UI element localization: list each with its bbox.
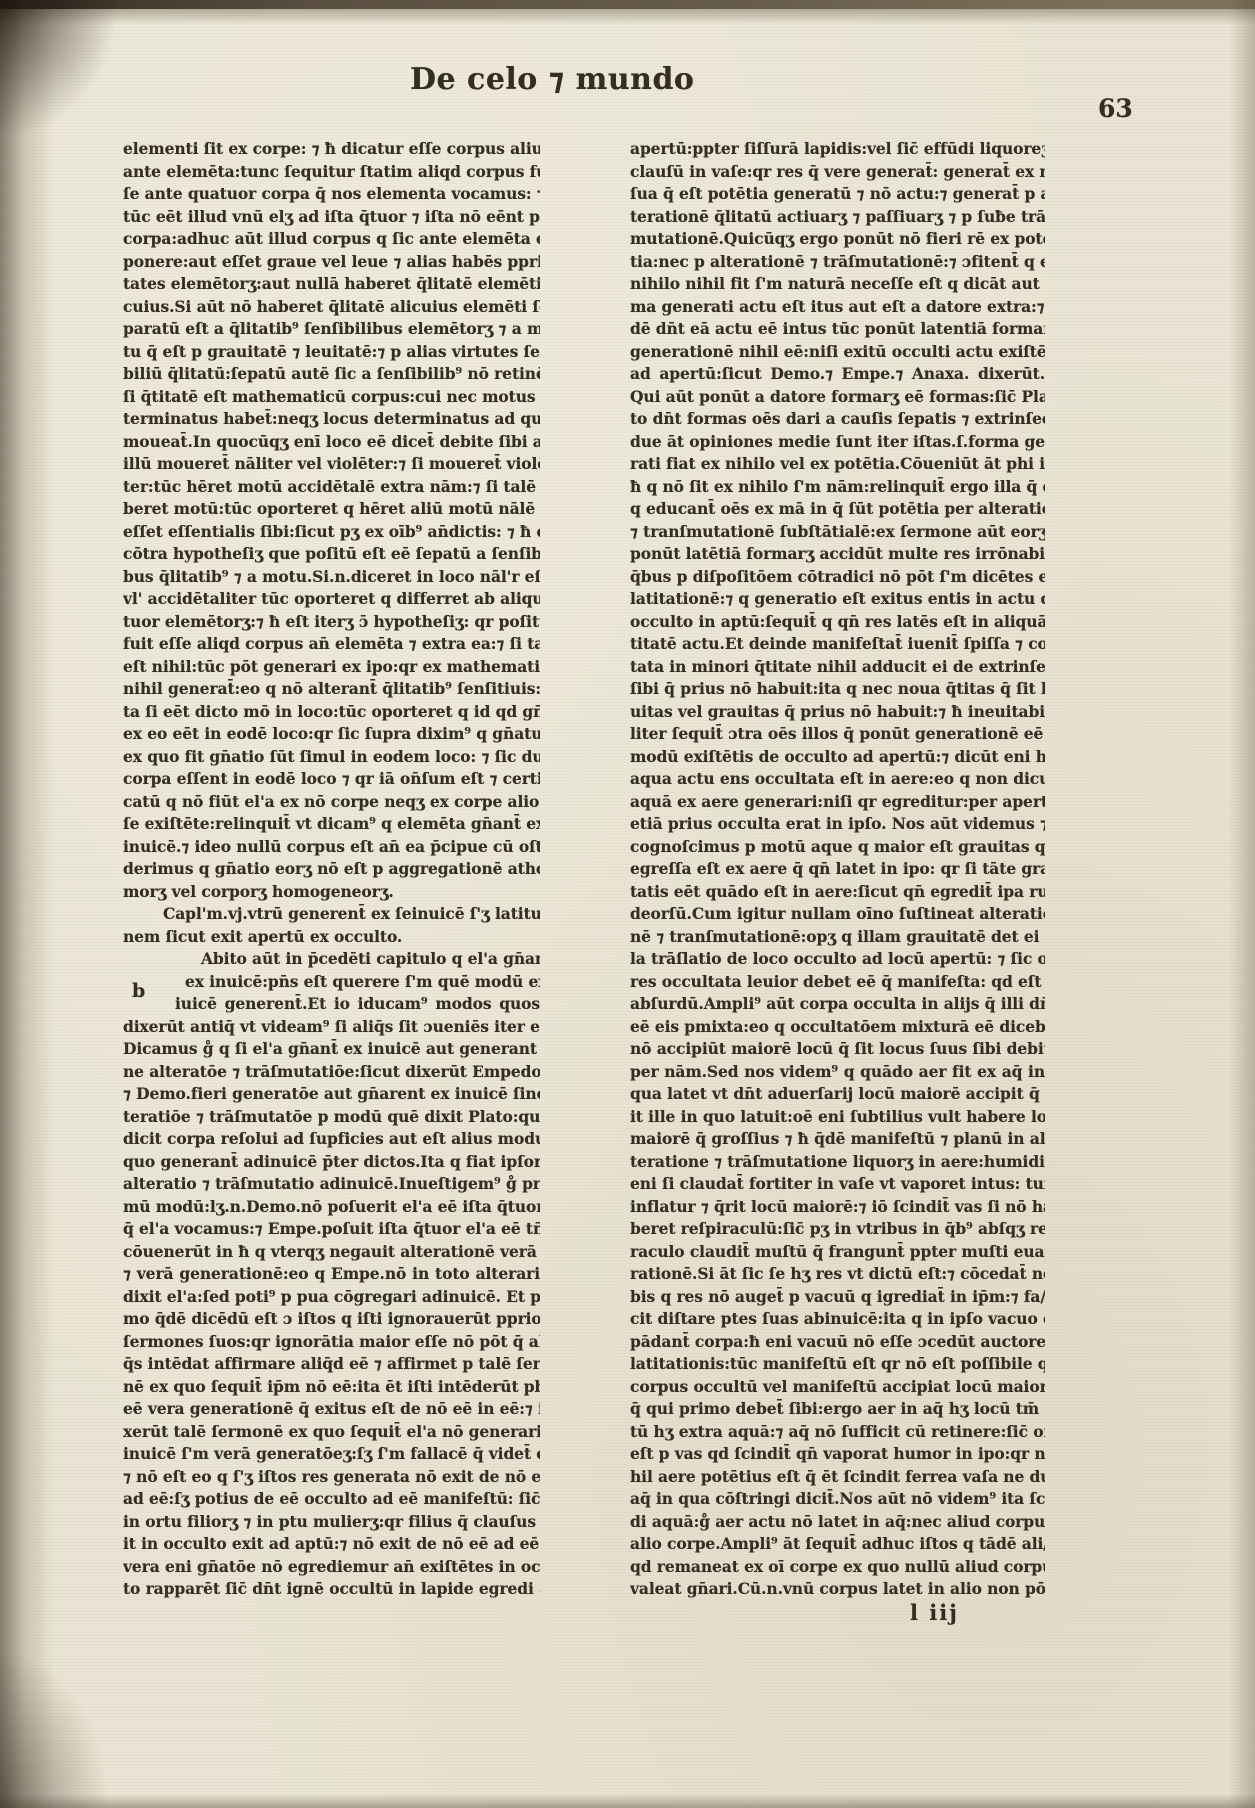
text-line: tata in minori q̄titate nihil adducit ei… — [630, 656, 1045, 679]
text-line: nihilo nihil fit ſ'm naturā neceſſe eſt … — [630, 273, 1045, 296]
text-line: due āt opiniones medie ſunt iter iſtas.ſ… — [630, 431, 1045, 454]
text-line: teratiōe ⁊ trāſmutatōe p modū quē dixit … — [123, 1106, 540, 1129]
quire-signature: l iij — [910, 1600, 959, 1625]
text-line: q̄bus p diſpoſitōem cōtradici nō pōt ſ'm… — [630, 566, 1045, 589]
text-line: in ortu filiorʒ ⁊ in ptu mulierʒ:qr fili… — [123, 1511, 540, 1534]
text-line: it in occulto exit ad aptū:⁊ nō exit de … — [123, 1533, 540, 1556]
text-line: modū exiſtētis de occulto ad apertū:⁊ di… — [630, 746, 1045, 769]
text-line: ſua q̄ eſt potētia generatū ⁊ nō actu:⁊ … — [630, 183, 1045, 206]
text-line: ſi q̄titatē eſt mathematicū corpus:cui n… — [123, 386, 540, 409]
right-column: apertū:ppter ſiſſurā lapidis:vel ſic̄ ef… — [630, 138, 1045, 1601]
text-line: q̄s intēdat affirmare aliq̄d eē ⁊ affirm… — [123, 1353, 540, 1376]
text-line: rationē.Si āt ſic ſe hʒ res vt dictū eſt… — [630, 1263, 1045, 1286]
text-line: ⁊ tranſmutationē ſubſtātialē:ex ſermone … — [630, 521, 1045, 544]
text-line: dixerūt antiq̄ vt videam⁹ ſi aliq̄s ſit … — [123, 1016, 540, 1039]
text-line: morʒ vel corporʒ homogeneorʒ. — [123, 881, 540, 904]
text-line: aquā ex aere generari:niſi qr egreditur:… — [630, 791, 1045, 814]
text-line: dē dn̄t eā actu eē intus tūc ponūt laten… — [630, 318, 1045, 341]
text-line: ſibi q̄ prius nō habuit:ita q nec noua q… — [630, 678, 1045, 701]
text-line: hil aere potētius eſt q̄ ēt ſcindit ferr… — [630, 1466, 1045, 1489]
text-line: catū q nō fiūt el'a ex nō corpe neqʒ ex … — [123, 791, 540, 814]
text-line: tūc eēt illud vnū elʒ ad iſta q̄tuor ⁊ i… — [123, 206, 540, 229]
text-line: alio corpe.Ampli⁹ āt ſequit̄ adhuc iſtos… — [630, 1533, 1045, 1556]
text-line: ⁊ nō eſt eo q ſ'ʒ iſtos res generata nō … — [123, 1466, 540, 1489]
text-line: res occultata leuior debet eē q̄ manifeſ… — [630, 971, 1045, 994]
text-line: ex inuicē:pn̄s eſt querere ſ'm quē modū … — [123, 971, 540, 994]
text-line: iuicē generent̄.Et io iducam⁹ modos quos — [123, 993, 540, 1016]
text-line: terminatus habet̄:neqʒ locus determinatu… — [123, 408, 540, 431]
text-line: ſe exiſtēte:relinquit̄ vt dicam⁹ q elemē… — [123, 813, 540, 836]
text-line: q̄ el'a vocamus:⁊ Empe.poſuit iſta q̄tuo… — [123, 1218, 540, 1241]
text-line: cit diſtare ptes ſuas abinuicē:ita q in … — [630, 1308, 1045, 1331]
text-line: di aquā:g̊ aer actu nō latet in aq̄:nec … — [630, 1511, 1045, 1534]
text-line: eni ſi claudat̄ fortiter in vaſe vt vapo… — [630, 1173, 1045, 1196]
text-line: mū modū:lʒ.n.Demo.nō poſuerit el'a eē iſ… — [123, 1196, 540, 1219]
text-line: nihil generat̄:eo q nō alterant̄ q̄litat… — [123, 678, 540, 701]
text-line: titatē actu.Et deinde manifeſtat̄ iuenit… — [630, 633, 1045, 656]
text-line: clauſū in vaſe:qr res q̄ vere generat̄: … — [630, 161, 1045, 184]
text-line: to rapparēt ſic̄ dn̄t ignē occultū in la… — [123, 1578, 540, 1601]
text-line: to dn̄t formas oēs dari a cauſis ſepatis… — [630, 408, 1045, 431]
text-line: derimus q gn̄atio eorʒ nō eſt p aggregat… — [123, 858, 540, 881]
text-line: teratione ⁊ trāſmutatione liquorʒ in aer… — [630, 1151, 1045, 1174]
page-top-edge-fade — [0, 9, 1255, 25]
text-line: deorſū.Cum igitur nullam oīno ſuſtineat … — [630, 903, 1045, 926]
corner-shadow-top-left — [0, 0, 120, 140]
text-line: ħ q nō ſit ex nihilo ſ'm nām:relinquit̄ … — [630, 476, 1045, 499]
text-line: terationē q̄litatū actiuarʒ ⁊ paſſiuarʒ … — [630, 206, 1045, 229]
text-line: cōtra hypotheſiʒ que poſitū eſt eē ſepat… — [123, 543, 540, 566]
text-line: q educant̄ oēs ex mā in q̄ ſūt potētia p… — [630, 498, 1045, 521]
page-bottom-edge-shadow — [0, 1794, 1255, 1808]
text-line: eē eis pmixta:eo q occultatōem mixturā e… — [630, 1016, 1045, 1039]
text-line: fuit eſſe aliqd corpus an̄ elemēta ⁊ ext… — [123, 633, 540, 656]
text-line: eſt nihil:tūc pōt generari ex ipo:qr ex … — [123, 656, 540, 679]
gutter-shadow-left — [0, 0, 54, 1808]
text-line: qd remaneat ex oī corpe ex quo nullū ali… — [630, 1556, 1045, 1579]
text-line: Abito aūt in p̄cedēti capitulo q el'a gn… — [123, 948, 540, 971]
scanned-book-page: { "page": { "running_title": "De celo ⁊ … — [0, 0, 1255, 1808]
text-line: ponūt latētiā formarʒ accidūt multe res … — [630, 543, 1045, 566]
text-line: tatis eēt quādo eſt in aere:ſicut qn̄ eg… — [630, 881, 1045, 904]
text-line: liter ſequit̄ ɔtra oēs illos q̄ ponūt ge… — [630, 723, 1045, 746]
text-line: tia:nec p alterationē ⁊ trāſmutationē:⁊ … — [630, 251, 1045, 274]
text-line: tu q̄ eſt p grauitatē ⁊ leuitatē:⁊ p ali… — [123, 341, 540, 364]
text-line: Capl'm.vj.vtrū generent̄ ex ſeinuicē ſ'ʒ… — [123, 903, 540, 926]
text-line: q̄ qui primo debet̄ ſibi:ergo aer in aq̄… — [630, 1398, 1045, 1421]
text-line: inflatur ⁊ q̄rit locū maiorē:⁊ iō ſcindi… — [630, 1196, 1045, 1219]
text-line: quo generant̄ adinuicē p̄ter dictos.Ita … — [123, 1151, 540, 1174]
text-line: ter:tūc hēret motū accidētalē extra nām:… — [123, 476, 540, 499]
text-line: biliū q̄litatū:ſepatū autē ſic a ſenſibi… — [123, 363, 540, 386]
text-line: ponere:aut eſſet graue vel leue ⁊ alias … — [123, 251, 540, 274]
text-line: eſſet eſſentialis ſibi:ſicut pʒ ex oīb⁹ … — [123, 521, 540, 544]
left-column: elementi ſit ex corpe: ⁊ ħ dicatur eſſe … — [123, 138, 540, 1601]
text-line: bis q res nō auget̄ p vacuū q igrediat̄ … — [630, 1286, 1045, 1309]
text-line: nō accipiūt maiorē locū q̄ ſit locus ſuu… — [630, 1038, 1045, 1061]
text-line: etiā prius occulta erat in ipſo. Nos aūt… — [630, 813, 1045, 836]
text-line: ſe ante quatuor corpa q̄ nos elementa vo… — [123, 183, 540, 206]
text-line: xerūt talē ſermonē ex quo ſequit̄ el'a n… — [123, 1421, 540, 1444]
text-line: valeat gn̄ari.Cū.n.vnū corpus latet in a… — [630, 1578, 1045, 1601]
text-line: per nām.Sed nos videm⁹ q quādo aer fit e… — [630, 1061, 1045, 1084]
text-line: paratū eſt a q̄litatib⁹ ſenſibilibus ele… — [123, 318, 540, 341]
text-line: nē ex quo ſequit̄ ip̄m nō eē:ita ēt iſti… — [123, 1376, 540, 1399]
text-line: qua latet vt dn̄t aduerſarij locū maiorē… — [630, 1083, 1045, 1106]
page-right-edge-shadow — [1229, 0, 1255, 1808]
text-line: occulto in aptū:ſequit̄ q qn̄ res latēs … — [630, 611, 1045, 634]
text-line: rati fiat ex nihilo vel ex potētia.Cōuen… — [630, 453, 1045, 476]
text-line: uitas vel grauitas q̄ prius nō habuit:⁊ … — [630, 701, 1045, 724]
text-line: ex quo fit gn̄atio ſūt ſimul in eodem lo… — [123, 746, 540, 769]
text-line: mutationē.Quicūqʒ ergo ponūt nō fieri rē… — [630, 228, 1045, 251]
text-line: nem ſicut exit apertū ex occulto. — [123, 926, 540, 949]
text-line: vera eni gn̄atōe nō egrediemur an̄ exiſt… — [123, 1556, 540, 1579]
text-line: eē vera generationē q̄ exitus eſt de nō … — [123, 1398, 540, 1421]
text-line: cognoſcimus p motū aque q maior eſt grau… — [630, 836, 1045, 859]
text-line: tates elemētorʒ:aut nullā haberet q̄lita… — [123, 273, 540, 296]
text-line: ne alteratōe ⁊ trāſmutatiōe:ſicut dixerū… — [123, 1061, 540, 1084]
text-line: aqua actu ens occultata eſt in aere:eo q… — [630, 768, 1045, 791]
text-line: generationē nihil eē:niſi exitū occulti … — [630, 341, 1045, 364]
text-line: ad apertū:ſicut Demo.⁊ Empe.⁊ Anaxa. dix… — [630, 363, 1045, 386]
text-line: pādant̄ corpa:ħ eni vacuū nō eſſe ɔcedūt… — [630, 1331, 1045, 1354]
text-line: ⁊ verā generationē:eo q Empe.nō in toto … — [123, 1263, 540, 1286]
text-line: apertū:ppter ſiſſurā lapidis:vel ſic̄ ef… — [630, 138, 1045, 161]
text-line: la trāſlatio de loco occulto ad locū ape… — [630, 948, 1045, 971]
text-line: ante elemēta:tunc ſequitur ſtatim aliqd … — [123, 161, 540, 184]
text-line: ex eo eēt in eodē loco:qr ſic ſupra dixi… — [123, 723, 540, 746]
text-line: dixit el'a:ſed poti⁹ p pua cōgregari adi… — [123, 1286, 540, 1309]
text-line: Qui aūt ponūt a datore formarʒ eē formas… — [630, 386, 1045, 409]
text-line: latitationis:tūc manifeſtū eſt qr nō eſt… — [630, 1353, 1045, 1376]
text-line: cuius.Si aūt nō haberet q̄litatē alicuiu… — [123, 296, 540, 319]
text-line: corpa:adhuc aūt illud corpus q ſic ante … — [123, 228, 540, 251]
text-line: beret reſpiraculū:ſic̄ pʒ in vtribus in … — [630, 1218, 1045, 1241]
text-line: illū moueret̄ nāliter vel violēter:⁊ ſi … — [123, 453, 540, 476]
text-line: tū hʒ extra aquā:⁊ aq̄ nō ſufficit cū re… — [630, 1421, 1045, 1444]
folio-number: 63 — [1098, 94, 1133, 123]
text-line: ma generati actu eſt itus aut eſt a dato… — [630, 296, 1045, 319]
text-line: alteratio ⁊ trāſmutatio adinuicē.Inueſti… — [123, 1173, 540, 1196]
text-line: corpa eſſent in eodē loco ⁊ qr iā on̄ſum… — [123, 768, 540, 791]
text-line: bus q̄litatib⁹ ⁊ a motu.Si.n.diceret in … — [123, 566, 540, 589]
text-line: beret motū:tūc oporteret q hēret aliū mo… — [123, 498, 540, 521]
text-line: ſermones ſuos:qr ignorātia maior eſſe nō… — [123, 1331, 540, 1354]
text-line: abſurdū.Ampli⁹ aūt corpa occulta in alij… — [630, 993, 1045, 1016]
text-line: inuicē ſ'm verā generatōeʒ:ſʒ ſ'm fallac… — [123, 1443, 540, 1466]
text-line: tuor elemētorʒ:⁊ ħ eſt iterʒ ɔ̄ hypotheſ… — [123, 611, 540, 634]
text-line: ⁊ Demo.fieri generatōe aut gn̄arent ex i… — [123, 1083, 540, 1106]
text-line: eſt p vas qd ſcindit̄ qn̄ vaporat humor … — [630, 1443, 1045, 1466]
corner-shadow-bottom-left — [0, 1648, 110, 1808]
text-line: cōuenerūt in ħ q vterqʒ negauit alterati… — [123, 1241, 540, 1264]
text-line: raculo claudit̄ muſtū q̄ frangunt̄ ppter… — [630, 1241, 1045, 1264]
page-top-edge-shadow — [0, 0, 1255, 9]
text-line: aq̄ in qua cōſtringi dicit̄.Nos aūt nō v… — [630, 1488, 1045, 1511]
text-line: inuicē.⁊ ideo nullū corpus eſt an̄ ea p̄… — [123, 836, 540, 859]
text-line: vl' accidētaliter tūc oporteret q differ… — [123, 588, 540, 611]
text-line: dicit corpa reſolui ad ſupficies aut eſt… — [123, 1128, 540, 1151]
text-line: ta ſi eēt dicto mō in loco:tūc oporteret… — [123, 701, 540, 724]
text-line: moueat̄.In quocūqʒ enī loco eē dicet̄ de… — [123, 431, 540, 454]
text-line: maiorē q̄ groſſius ⁊ ħ q̄dē manifeſtū ⁊ … — [630, 1128, 1045, 1151]
margin-guide-letter: b — [132, 980, 145, 1002]
text-line: elementi ſit ex corpe: ⁊ ħ dicatur eſſe … — [123, 138, 540, 161]
text-line: ad eē:ſʒ potius de eē occulto ad eē mani… — [123, 1488, 540, 1511]
text-line: nē ⁊ tranſmutationē:opʒ q illam grauitat… — [630, 926, 1045, 949]
text-line: mo q̄dē dicēdū eſt ɔ iſtos q iſti ignora… — [123, 1308, 540, 1331]
text-line: it ille in quo latuit:oē eni ſubtilius v… — [630, 1106, 1045, 1129]
text-line: egreſſa eſt ex aere q̄ qn̄ latet in ipo:… — [630, 858, 1045, 881]
text-line: latitationē:⁊ q generatio eſt exitus ent… — [630, 588, 1045, 611]
text-line: corpus occultū vel manifeſtū accipiat lo… — [630, 1376, 1045, 1399]
text-line: Dicamus g̊ q ſi el'a gn̄ant̄ ex inuicē a… — [123, 1038, 540, 1061]
running-title: De celo ⁊ mundo — [410, 62, 660, 97]
